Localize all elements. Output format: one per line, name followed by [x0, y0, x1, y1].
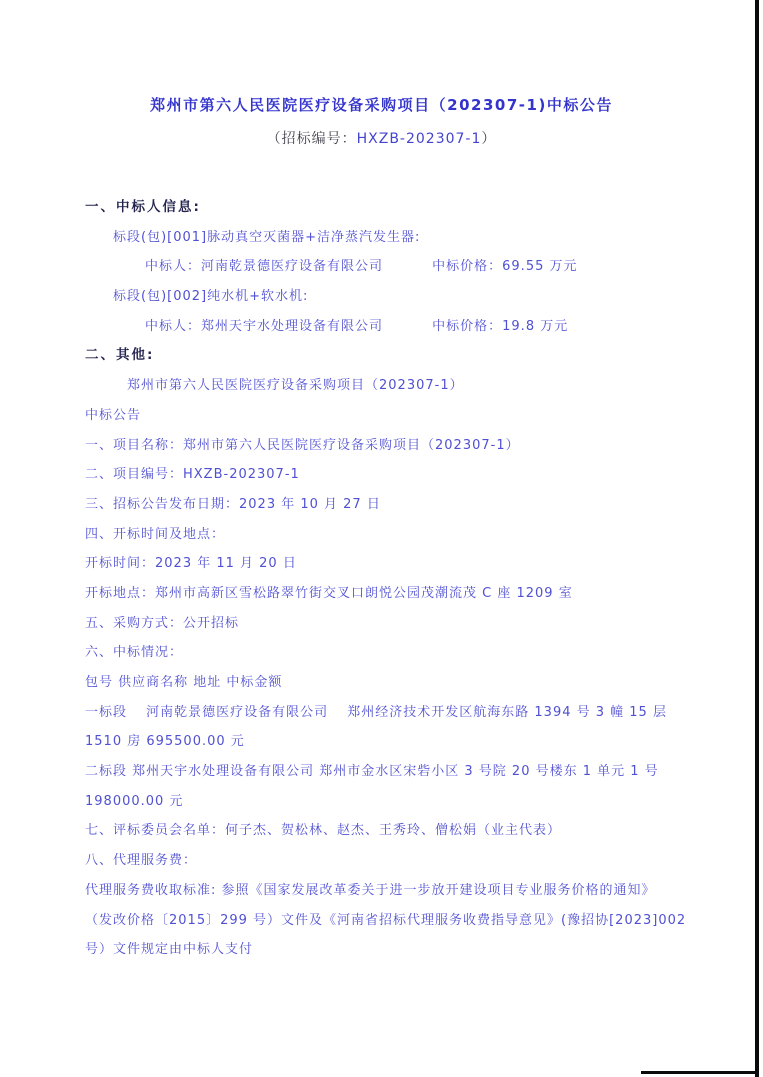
line-award-row-1: 一标段 河南乾景德医疗设备有限公司 郑州经济技术开发区航海东路 1394 号 3… [85, 698, 685, 728]
line-bid-opening-heading: 四、开标时间及地点： [85, 520, 685, 550]
document-title: 郑州市第六人民医院医疗设备采购项目（202307-1)中标公告 [0, 94, 763, 115]
line-award-row-2: 二标段 郑州天宇水处理设备有限公司 郑州市金水区宋砦小区 3 号院 20 号楼东… [85, 757, 685, 787]
document-body: 一、中标人信息: 标段(包)[001]脉动真空灭菌器+洁净蒸汽发生器: 中标人：… [85, 193, 685, 965]
line-award-details-heading: 六、中标情况： [85, 638, 685, 668]
subtitle-suffix: ） [481, 131, 496, 147]
line-bid-opening-time: 开标时间：2023 年 11 月 20 日 [85, 549, 685, 579]
lot-2-winner-price: 中标价格：19.8 万元 [432, 319, 568, 334]
line-agency-fee-heading: 八、代理服务费： [85, 846, 685, 876]
page-border-right [755, 0, 759, 1077]
subtitle-prefix: （招标编号： [267, 131, 357, 147]
lot-1-package: 标段(包)[001]脉动真空灭菌器+洁净蒸汽发生器: [85, 223, 685, 253]
lot-2-winner-name: 中标人：郑州天宇水处理设备有限公司 [145, 312, 427, 342]
section-heading-other: 二、其他: [85, 341, 685, 371]
lot-1-winner-row: 中标人：河南乾景德医疗设备有限公司 中标价格：69.55 万元 [85, 252, 685, 282]
line-bid-opening-place: 开标地点：郑州市高新区雪松路翠竹街交叉口朗悦公园茂潮流茂 C 座 1209 室 [85, 579, 685, 609]
line-agency-fee-end: 号）文件规定由中标人支付 [85, 935, 685, 965]
page-border-bottom [641, 1071, 757, 1074]
lot-2-winner-row: 中标人：郑州天宇水处理设备有限公司 中标价格：19.8 万元 [85, 312, 685, 342]
tender-code: HXZB-202307-1 [357, 131, 482, 147]
line-agency-fee-standard: 代理服务费收取标准: 参照《国家发展改革委关于进一步放开建设项目专业服务价格的通… [85, 876, 685, 906]
lot-1-winner-name: 中标人：河南乾景德医疗设备有限公司 [145, 252, 427, 282]
line-announcement-date: 三、招标公告发布日期：2023 年 10 月 27 日 [85, 490, 685, 520]
line-procurement-method: 五、采购方式：公开招标 [85, 609, 685, 639]
line-project-name: 一、项目名称：郑州市第六人民医院医疗设备采购项目（202307-1） [85, 431, 685, 461]
document-subtitle: （招标编号：HXZB-202307-1） [0, 128, 763, 148]
line-award-table-header: 包号 供应商名称 地址 中标金额 [85, 668, 685, 698]
line-evaluation-committee: 七、评标委员会名单：何子杰、贺松林、赵杰、王秀玲、僧松娟（业主代表） [85, 816, 685, 846]
line-award-row-2-amount: 198000.00 元 [85, 787, 685, 817]
line-award-row-1-amount: 1510 房 695500.00 元 [85, 727, 685, 757]
lot-1-winner-price: 中标价格：69.55 万元 [432, 259, 577, 274]
line-announcement-type: 中标公告 [85, 401, 685, 431]
line-project-number: 二、项目编号：HXZB-202307-1 [85, 460, 685, 490]
line-project-title-repeat: 郑州市第六人民医院医疗设备采购项目（202307-1） [85, 371, 685, 401]
section-heading-winner-info: 一、中标人信息: [85, 193, 685, 223]
lot-2-package: 标段(包)[002]纯水机+软水机: [85, 282, 685, 312]
line-agency-fee-continued: （发改价格〔2015〕299 号）文件及《河南省招标代理服务收费指导意见》(豫招… [85, 906, 685, 936]
